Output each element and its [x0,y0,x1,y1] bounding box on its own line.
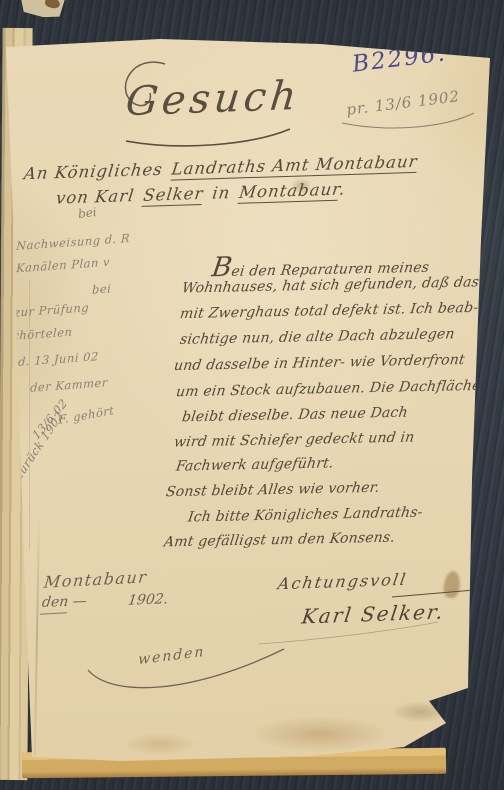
address-recipient-office: Landraths Amt Montabaur [170,152,418,181]
registry-number: B2296. [351,40,448,77]
address-sender-place: Montabaur [238,180,341,204]
address-recipient-prefix: An Königliches [23,160,164,183]
paper-crease [34,510,40,758]
body-line: mit Zwerghaus total defekt ist. Ich beab… [179,300,479,322]
turn-over-note: wenden [138,644,206,668]
margin-note-4: zur Prüfung [14,300,90,319]
address-line-1: An KöniglichesLandraths Amt Montabaur [23,152,419,183]
body-line: bleibt dieselbe. Das neue Dach [181,405,409,426]
received-date-note: pr. 13/6 1902 [345,87,461,119]
margin-note-2: Kanälen Plan v [16,255,110,276]
margin-note-3: bei [92,281,112,296]
margin-note-6: d. 13 Juni 02 [18,349,99,369]
body-line: Amt gefälligst um den Konsens. [163,530,396,551]
ink-stain [442,570,461,599]
date-underline [40,612,67,614]
body-line: und dasselbe in Hinter- wie Vorderfront [173,352,466,374]
signature: Karl Selker. [300,599,446,628]
address-period: . [338,179,347,198]
body-line: Ich bitte Königliches Landraths- [187,505,424,526]
paper-crease [29,280,30,550]
closing-date-year: 1902. [127,591,169,608]
closing-salutation: Achtungsvoll [277,570,409,594]
margin-note-7: der Kammer [30,375,108,395]
document-title: Gesuch [124,73,303,125]
document-page: B2296. pr. 13/6 1902 Gesuch An Königlich… [0,0,504,790]
closing-place: Montabaur [43,567,148,592]
margin-note-1: Nachweisung d. R [16,231,130,253]
body-line: um ein Stock aufzubauen. Die Dachfläche [175,378,482,400]
body-line: wird mit Schiefer gedeckt und in [173,429,416,450]
body-line: Sonst bleibt Alles wie vorher. [165,480,381,501]
address-connector: in [211,183,231,203]
closing-date-prefix: den — [41,593,88,611]
pencil-annotation-bei: bei [77,205,97,221]
photo-background: B2296. pr. 13/6 1902 Gesuch An Königlich… [0,0,504,790]
address-sender-name: Selker [142,184,205,207]
address-line-2: von KarlSelkerinMontabaur. [55,179,347,207]
body-line: sichtige nun, die alte Dach abzulegen [179,326,456,348]
body-line: Fachwerk aufgeführt. [175,455,335,474]
